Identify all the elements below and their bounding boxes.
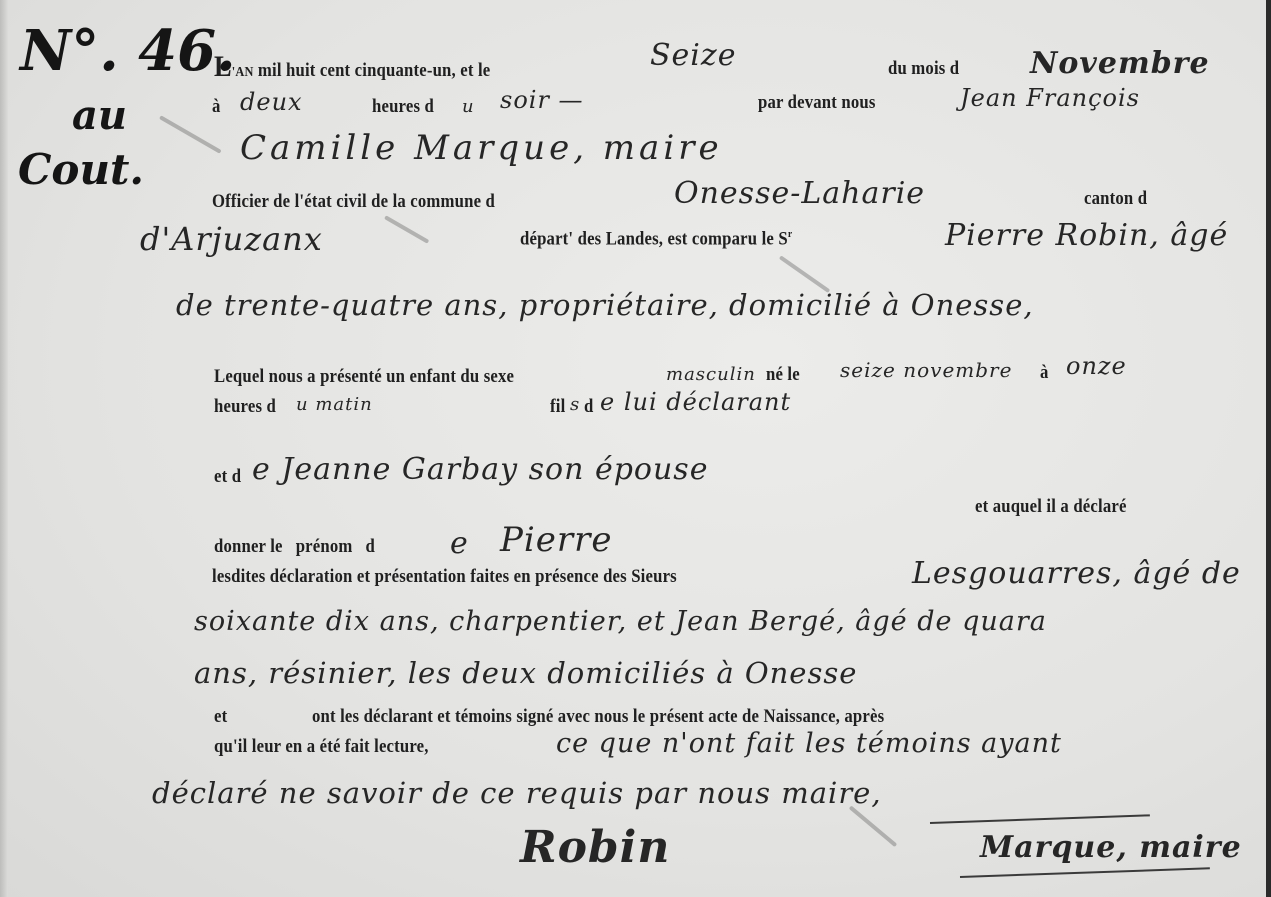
printed-d: d bbox=[584, 396, 593, 418]
hand-canton: d'Arjuzanx bbox=[140, 220, 323, 258]
ink-smudge bbox=[849, 805, 898, 847]
page-left-edge bbox=[0, 0, 8, 897]
printed-et: et bbox=[214, 706, 227, 728]
hand-day: Seize bbox=[650, 38, 736, 73]
hand-officer-name: Camille Marque, maire bbox=[240, 128, 723, 168]
hand-hour: deux bbox=[240, 88, 303, 116]
hand-officer-firstname: Jean François bbox=[960, 84, 1140, 112]
register-page: N°. 46. au Cout. L'AN mil huit cent cinq… bbox=[0, 0, 1271, 897]
printed-initial: L bbox=[214, 50, 232, 83]
signature-declarant: Robin bbox=[520, 822, 670, 873]
hand-witness-line3: ans, résinier, les deux domiciliés à One… bbox=[194, 656, 857, 690]
hand-hour-suffix: u bbox=[462, 96, 475, 117]
printed-sr: r bbox=[788, 228, 792, 240]
printed-donner: donner le prénom d bbox=[214, 536, 375, 558]
hand-father: e lui déclarant bbox=[600, 388, 791, 416]
hand-closing-line2: déclaré ne savoir de ce requis par nous … bbox=[152, 776, 882, 810]
printed-fils: fil bbox=[550, 396, 565, 418]
hand-declarant-details: de trente-quatre ans, propriétaire, domi… bbox=[176, 288, 1034, 322]
hand-period: soir — bbox=[500, 86, 584, 114]
signature-flourish bbox=[960, 867, 1210, 878]
printed-auquel: et auquel il a déclaré bbox=[975, 496, 1127, 518]
printed-month-label: du mois d bbox=[888, 58, 959, 80]
hand-witness1: Lesgouarres, âgé de bbox=[912, 556, 1241, 591]
printed-lequel: Lequel nous a présenté un enfant du sexe bbox=[214, 366, 514, 388]
signature-underline bbox=[930, 814, 1150, 824]
printed-a2: à bbox=[1040, 362, 1049, 384]
hand-birth-hour: onze bbox=[1066, 352, 1127, 380]
hand-birth-date: seize novembre bbox=[840, 358, 1012, 382]
hand-closing-line1: ce que n'ont fait les témoins ayant bbox=[556, 728, 1062, 759]
printed-lesdites: lesdites déclaration et présentation fai… bbox=[212, 566, 677, 588]
printed-officier: Officier de l'état civil de la commune d bbox=[212, 191, 495, 213]
hand-commune: Onesse-Laharie bbox=[674, 176, 925, 211]
printed-depart-text: départ' des Landes, est comparu le S bbox=[520, 228, 788, 249]
ink-smudge bbox=[384, 215, 429, 243]
ink-smudge bbox=[159, 115, 222, 153]
hand-given-name: Pierre bbox=[500, 520, 613, 560]
hand-birth-period: u matin bbox=[296, 394, 373, 415]
printed-hours-label: heures d bbox=[372, 96, 434, 118]
printed-lecture: qu'il leur en a été fait lecture, bbox=[214, 736, 429, 758]
printed-year-text: mil huit cent cinquante-un, et le bbox=[258, 60, 490, 81]
hand-given-name-prefix: e bbox=[450, 526, 469, 561]
printed-depart: départ' des Landes, est comparu le Sr bbox=[520, 228, 792, 250]
margin-name-line1: au bbox=[72, 92, 127, 139]
printed-heures: heures d bbox=[214, 396, 276, 418]
printed-ne-le: né le bbox=[766, 364, 800, 386]
hand-declarant: Pierre Robin, âgé bbox=[945, 218, 1228, 253]
entry-number: N°. 46. bbox=[20, 18, 236, 84]
printed-an: 'AN bbox=[232, 65, 254, 80]
page-right-edge bbox=[1266, 0, 1271, 897]
printed-devant-nous: par devant nous bbox=[758, 92, 876, 114]
margin-name-line2: Cout. bbox=[18, 145, 144, 194]
hand-mother: e Jeanne Garbay son épouse bbox=[252, 452, 708, 487]
hand-sex: masculin bbox=[666, 364, 756, 385]
printed-et-de: et d bbox=[214, 466, 241, 488]
signature-mayor: Marque, maire bbox=[980, 830, 1242, 865]
printed-canton: canton d bbox=[1084, 188, 1147, 210]
hand-witness-line2: soixante dix ans, charpentier, et Jean B… bbox=[194, 606, 1047, 637]
hand-fils-suffix: s bbox=[570, 394, 580, 415]
printed-ont-signe: ont les déclarant et témoins signé avec … bbox=[312, 706, 884, 728]
hand-month: Novembre bbox=[1030, 46, 1210, 81]
printed-a: à bbox=[212, 96, 221, 118]
printed-line1: L'AN mil huit cent cinquante-un, et le bbox=[214, 50, 490, 84]
